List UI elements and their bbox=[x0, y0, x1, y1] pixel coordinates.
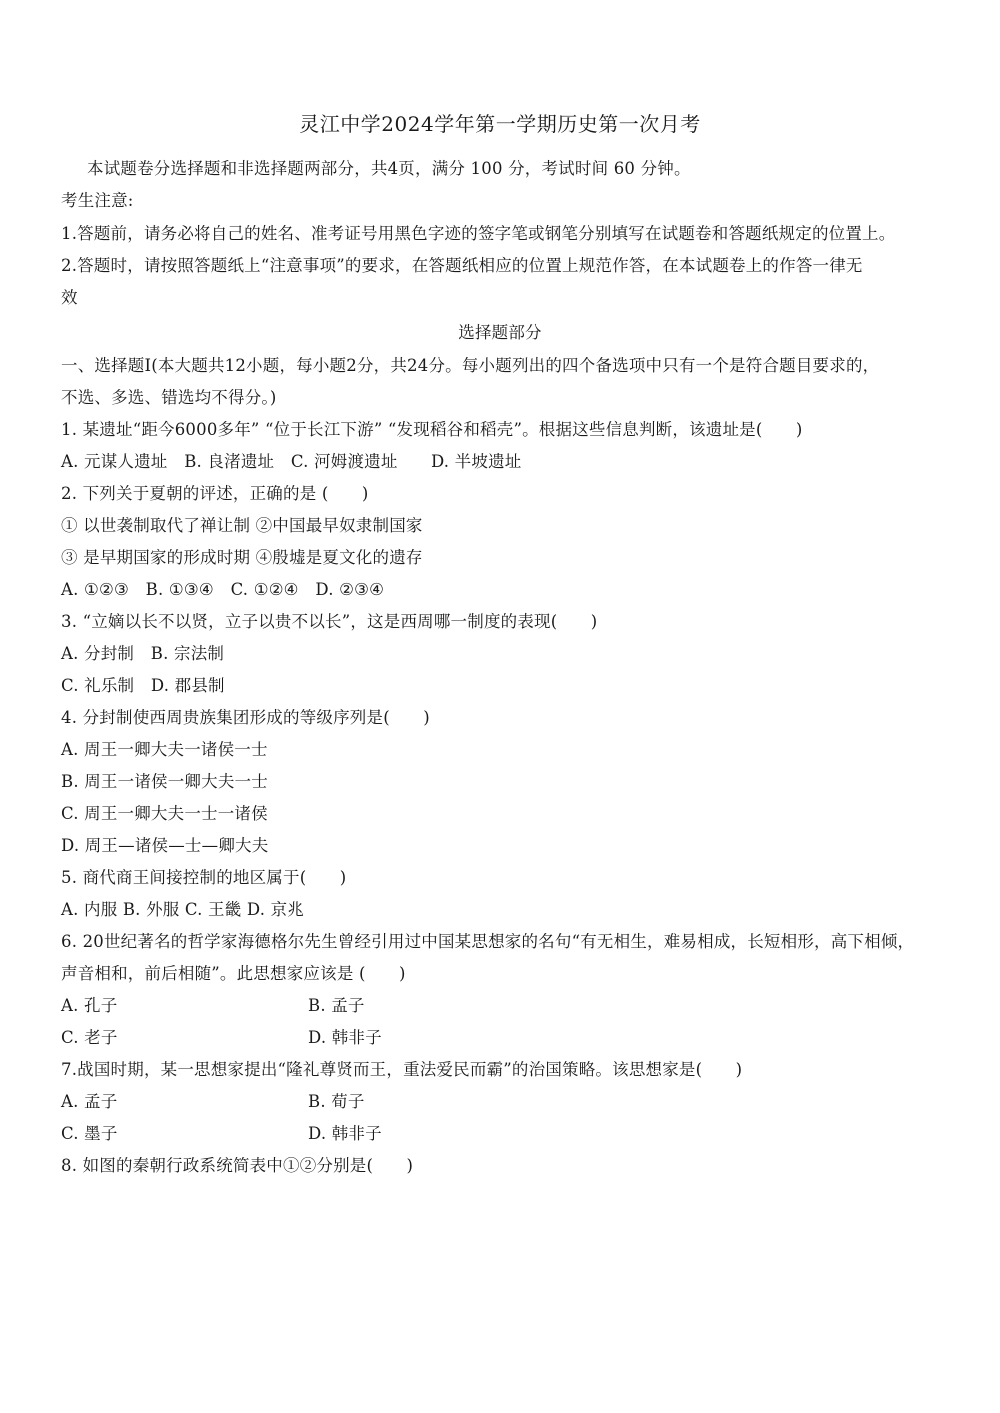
section-desc-2: 不选、多选、错选均不得分。) bbox=[61, 387, 277, 409]
exam-title: 灵江中学2024学年第一学期历史第一次月考 bbox=[0, 110, 1000, 138]
q6-stem-2: 声音相和，前后相随”。此思想家应该是 ( ) bbox=[61, 963, 406, 985]
notice-1: 1.答题前，请务必将自己的姓名、准考证号用黑色字迹的签字笔或钢笔分别填写在试题卷… bbox=[61, 223, 895, 245]
exam-page: 灵江中学2024学年第一学期历史第一次月考 本试题卷分选择题和非选择题两部分，共… bbox=[0, 0, 1000, 1413]
q7-option-a: A. 孟子 bbox=[61, 1091, 117, 1113]
q4-option-c: C. 周王一卿大夫一士一诸侯 bbox=[61, 803, 268, 825]
notice-2-cont: 效 bbox=[61, 287, 78, 309]
q8-stem: 8. 如图的秦朝行政系统简表中①②分别是( ) bbox=[61, 1155, 413, 1177]
q5-stem: 5. 商代商王间接控制的地区属于( ) bbox=[61, 867, 346, 889]
q1-stem: 1. 某遗址“距今6000多年” “位于长江下游” “发现稻谷和稻壳”。根据这些… bbox=[61, 419, 803, 441]
q6-option-b: B. 孟子 bbox=[308, 995, 365, 1017]
notice-2: 2.答题时，请按照答题纸上“注意事项”的要求，在答题纸相应的位置上规范作答，在本… bbox=[61, 255, 863, 277]
q5-options: A. 内服 B. 外服 C. 王畿 D. 京兆 bbox=[61, 899, 304, 921]
notice-heading: 考生注意: bbox=[61, 190, 134, 212]
q3-options-2: C. 礼乐制 D. 郡县制 bbox=[61, 675, 225, 697]
q6-option-c: C. 老子 bbox=[61, 1027, 118, 1049]
q7-option-b: B. 荀子 bbox=[308, 1091, 365, 1113]
q3-options-1: A. 分封制 B. 宗法制 bbox=[61, 643, 224, 665]
q4-option-d: D. 周王—诸侯—士—卿大夫 bbox=[61, 835, 268, 857]
q6-option-d: D. 韩非子 bbox=[308, 1027, 382, 1049]
q4-stem: 4. 分封制使西周贵族集团形成的等级序列是( ) bbox=[61, 707, 430, 729]
q7-option-c: C. 墨子 bbox=[61, 1123, 118, 1145]
q6-option-a: A. 孔子 bbox=[61, 995, 117, 1017]
q2-item-2: ③ 是早期国家的形成时期 ④殷墟是夏文化的遗存 bbox=[61, 547, 423, 569]
q2-options: A. ①②③ B. ①③④ C. ①②④ D. ②③④ bbox=[61, 579, 384, 601]
q4-option-b: B. 周王一诸侯一卿大夫一士 bbox=[61, 771, 268, 793]
q7-stem: 7.战国时期，某一思想家提出“隆礼尊贤而王，重法爱民而霸”的治国策略。该思想家是… bbox=[61, 1059, 742, 1081]
exam-intro: 本试题卷分选择题和非选择题两部分，共4页，满分 100 分，考试时间 60 分钟… bbox=[87, 158, 691, 180]
q2-stem: 2. 下列关于夏朝的评述，正确的是 ( ) bbox=[61, 483, 369, 505]
q3-stem: 3. “立嫡以长不以贤，立子以贵不以长”，这是西周哪一制度的表现( ) bbox=[61, 611, 597, 633]
q7-option-d: D. 韩非子 bbox=[308, 1123, 382, 1145]
q4-option-a: A. 周王一卿大夫一诸侯一士 bbox=[61, 739, 268, 761]
section-title: 选择题部分 bbox=[0, 322, 1000, 344]
q2-item-1: ① 以世袭制取代了禅让制 ②中国最早奴隶制国家 bbox=[61, 515, 423, 537]
q1-options: A. 元谋人遗址 B. 良渚遗址 C. 河姆渡遗址 D. 半坡遗址 bbox=[61, 451, 521, 473]
q6-stem-1: 6. 20世纪著名的哲学家海德格尔先生曾经引用过中国某思想家的名句“有无相生，难… bbox=[61, 931, 914, 953]
section-desc-1: 一、选择题Ⅰ(本大题共12小题，每小题2分，共24分。每小题列出的四个备选项中只… bbox=[61, 355, 879, 377]
